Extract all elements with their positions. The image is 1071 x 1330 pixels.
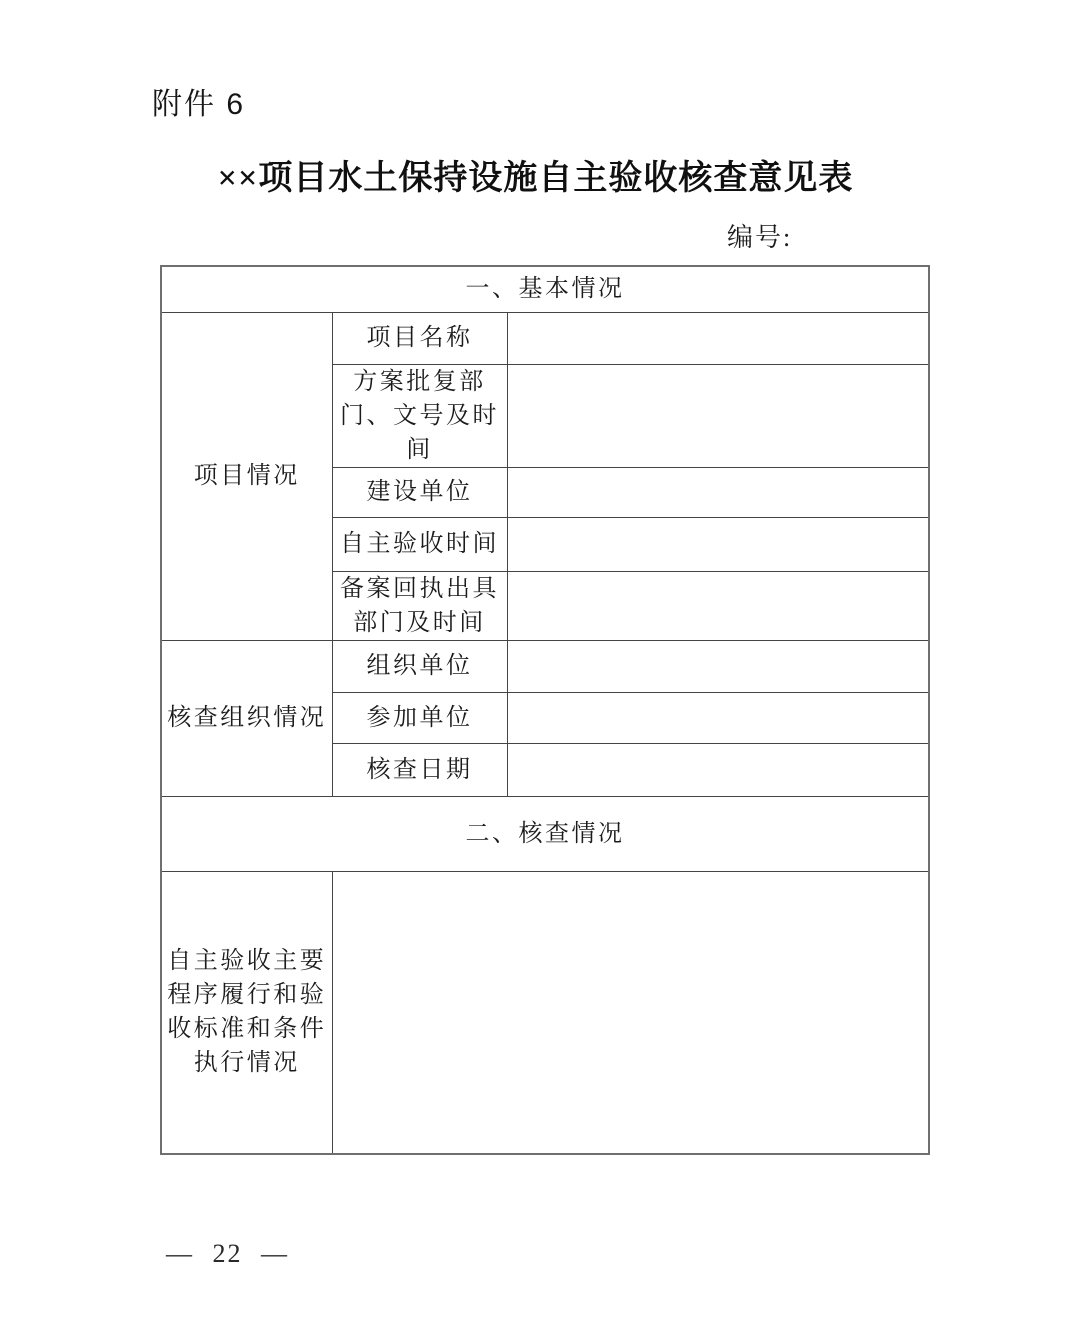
table-row: 一、基本情况	[161, 266, 929, 312]
value-cell-project-name	[507, 312, 929, 364]
section-header-verification-status: 二、核查情况	[161, 796, 929, 871]
value-cell-approval-dept-doc-time	[507, 364, 929, 467]
document-number-label: 编号:	[727, 217, 792, 254]
document-page: 附件 6 ××项目水土保持设施自主验收核查意见表 编号: 一、基本情况 项目情况…	[0, 0, 1071, 1330]
value-cell-filing-receipt-dept-time	[507, 571, 929, 640]
page-title: ××项目水土保持设施自主验收核查意见表	[0, 150, 1071, 199]
row-label-participating-units: 参加单位	[332, 692, 507, 743]
group-label-project-info: 项目情况	[161, 312, 332, 640]
row-label-construction-unit: 建设单位	[332, 467, 507, 517]
table-row: 项目情况 项目名称	[161, 312, 929, 364]
verification-form-table: 一、基本情况 项目情况 项目名称 方案批复部门、文号及时间 建设单位 自主验收时…	[160, 265, 930, 1155]
row-label-self-acceptance-procedure-standards: 自主验收主要程序履行和验收标准和条件执行情况	[161, 871, 332, 1154]
group-label-verification-organization: 核查组织情况	[161, 640, 332, 796]
value-cell-participating-units	[507, 692, 929, 743]
row-label-organizing-unit: 组织单位	[332, 640, 507, 692]
value-cell-construction-unit	[507, 467, 929, 517]
row-label-self-acceptance-time: 自主验收时间	[332, 517, 507, 571]
table-row: 自主验收主要程序履行和验收标准和条件执行情况	[161, 871, 929, 1154]
row-label-project-name: 项目名称	[332, 312, 507, 364]
row-label-verification-date: 核查日期	[332, 743, 507, 796]
value-cell-self-acceptance-time	[507, 517, 929, 571]
value-cell-self-acceptance-procedure-standards	[332, 871, 929, 1154]
value-cell-verification-date	[507, 743, 929, 796]
value-cell-organizing-unit	[507, 640, 929, 692]
row-label-filing-receipt-dept-time: 备案回执出具部门及时间	[332, 571, 507, 640]
attachment-label: 附件 6	[152, 79, 245, 123]
section-header-basic-info: 一、基本情况	[161, 266, 929, 312]
row-label-approval-dept-doc-time: 方案批复部门、文号及时间	[332, 364, 507, 467]
table-row: 二、核查情况	[161, 796, 929, 871]
table-row: 核查组织情况 组织单位	[161, 640, 929, 692]
page-number: — 22 —	[166, 1239, 289, 1269]
